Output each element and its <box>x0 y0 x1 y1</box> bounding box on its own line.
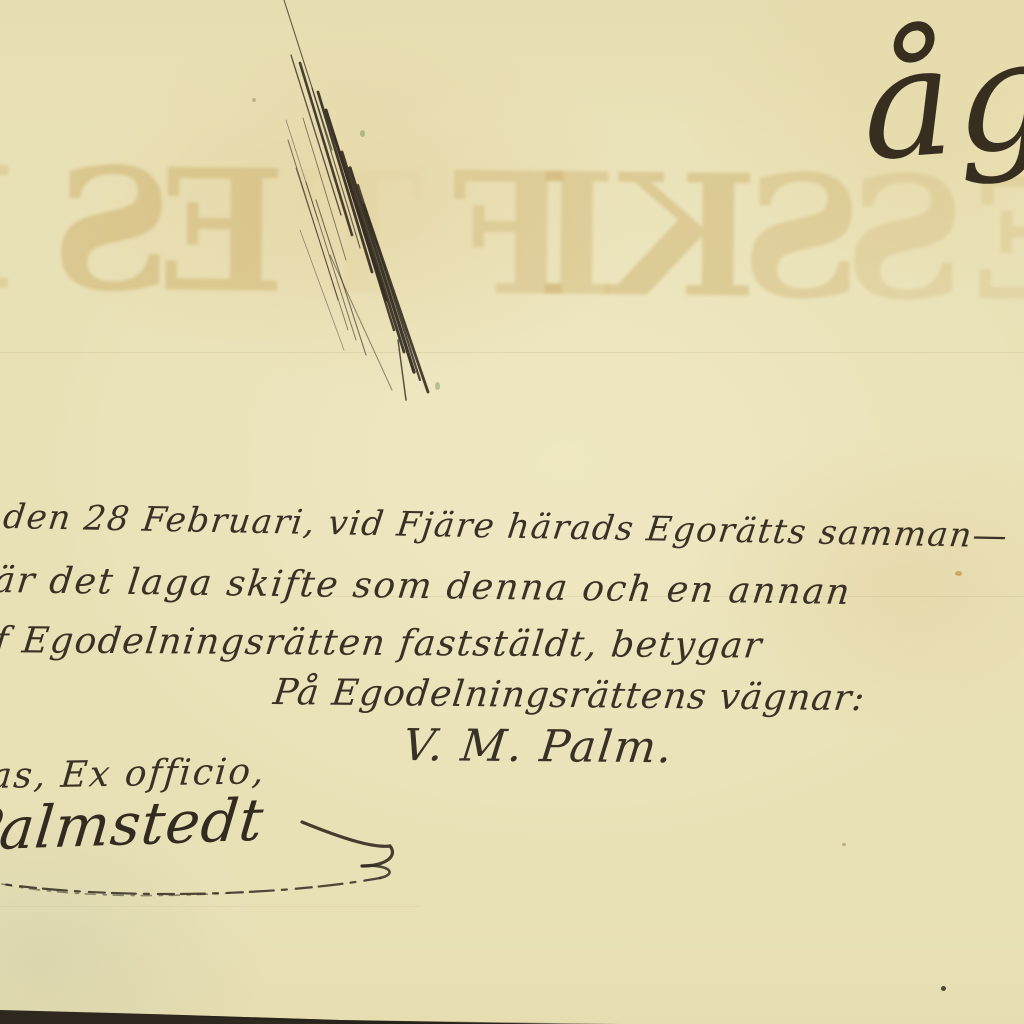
scan-edge-shadow <box>0 0 1024 1024</box>
document-paper: I S E T F I K S S E <box>0 0 1024 1024</box>
